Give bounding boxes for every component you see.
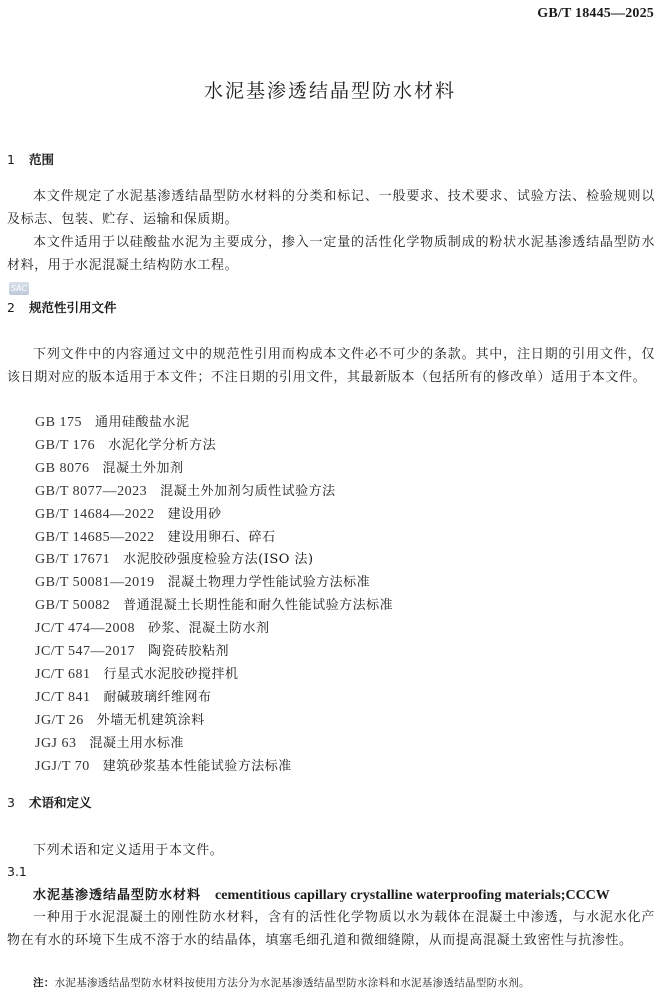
reference-title: 外墙无机建筑涂料 bbox=[97, 713, 205, 728]
section-3-heading: 3术语和定义 bbox=[7, 793, 92, 811]
reference-item: GB/T 50081—2019混凝土物理力学性能试验方法标准 bbox=[35, 572, 393, 595]
reference-title: 混凝土外加剂匀质性试验方法 bbox=[160, 484, 336, 499]
section-title: 范围 bbox=[29, 152, 54, 167]
reference-item: GB/T 176水泥化学分析方法 bbox=[35, 435, 393, 458]
section-number: 1 bbox=[7, 152, 29, 167]
term-chinese: 水泥基渗透结晶型防水材料 bbox=[33, 888, 201, 903]
reference-title: 耐碱玻璃纤维网布 bbox=[103, 690, 211, 705]
reference-item: JC/T 474—2008砂浆、混凝土防水剂 bbox=[35, 618, 393, 641]
reference-title: 砂浆、混凝土防水剂 bbox=[148, 621, 270, 636]
term-note: 注：水泥基渗透结晶型防水材料按使用方法分为水泥基渗透结晶型防水涂料和水泥基渗透结… bbox=[33, 975, 530, 990]
reference-code: GB 8076 bbox=[35, 461, 89, 476]
term-english: cementitious capillary crystalline water… bbox=[215, 888, 610, 903]
reference-item: GB/T 8077—2023混凝土外加剂匀质性试验方法 bbox=[35, 481, 393, 504]
standard-code: GB/T 18445—2025 bbox=[537, 6, 654, 22]
reference-code: JGJ/T 70 bbox=[35, 759, 90, 774]
reference-code: GB/T 14684—2022 bbox=[35, 507, 155, 522]
section-number: 2 bbox=[7, 300, 29, 315]
reference-title: 普通混凝土长期性能和耐久性能试验方法标准 bbox=[123, 598, 393, 613]
term-entry: 水泥基渗透结晶型防水材料cementitious capillary cryst… bbox=[33, 884, 610, 904]
reference-item: GB 175通用硅酸盐水泥 bbox=[35, 412, 393, 435]
normative-reference-list: GB 175通用硅酸盐水泥 GB/T 176水泥化学分析方法 GB 8076混凝… bbox=[35, 412, 393, 779]
reference-title: 水泥胶砂强度检验方法(ISO 法) bbox=[123, 552, 313, 567]
reference-code: GB/T 176 bbox=[35, 438, 95, 453]
reference-title: 混凝土外加剂 bbox=[102, 461, 183, 476]
note-label: 注： bbox=[33, 977, 55, 989]
reference-item: JC/T 547—2017陶瓷砖胶粘剂 bbox=[35, 641, 393, 664]
reference-code: GB/T 50082 bbox=[35, 598, 110, 613]
paragraph: 本文件规定了水泥基渗透结晶型防水材料的分类和标记、一般要求、技术要求、试验方法、… bbox=[7, 185, 655, 231]
reference-code: GB/T 8077—2023 bbox=[35, 484, 147, 499]
reference-item: JGJ/T 70建筑砂浆基本性能试验方法标准 bbox=[35, 756, 393, 779]
section-title: 规范性引用文件 bbox=[29, 300, 117, 315]
reference-code: JC/T 547—2017 bbox=[35, 644, 135, 659]
reference-item: GB/T 14685—2022建设用卵石、碎石 bbox=[35, 527, 393, 550]
reference-title: 通用硅酸盐水泥 bbox=[95, 415, 190, 430]
sac-watermark-logo: SAC bbox=[9, 282, 29, 295]
reference-title: 建筑砂浆基本性能试验方法标准 bbox=[103, 759, 292, 774]
reference-item: JC/T 681行星式水泥胶砂搅拌机 bbox=[35, 664, 393, 687]
reference-title: 行星式水泥胶砂搅拌机 bbox=[103, 667, 238, 682]
reference-item: JC/T 841耐碱玻璃纤维网布 bbox=[35, 687, 393, 710]
reference-code: JC/T 681 bbox=[35, 667, 90, 682]
term-number: 3.1 bbox=[7, 864, 27, 879]
reference-code: JGJ 63 bbox=[35, 736, 77, 751]
reference-title: 混凝土物理力学性能试验方法标准 bbox=[168, 575, 371, 590]
section-2-heading: 2规范性引用文件 bbox=[7, 298, 117, 316]
reference-item: JG/T 26外墙无机建筑涂料 bbox=[35, 710, 393, 733]
reference-code: GB 175 bbox=[35, 415, 82, 430]
reference-code: GB/T 14685—2022 bbox=[35, 530, 155, 545]
document-title: 水泥基渗透结晶型防水材料 bbox=[0, 76, 660, 103]
reference-item: GB/T 14684—2022建设用砂 bbox=[35, 504, 393, 527]
reference-code: JC/T 474—2008 bbox=[35, 621, 135, 636]
term-definition: 一种用于水泥混凝土的刚性防水材料，含有的活性化学物质以水为载体在混凝土中渗透，与… bbox=[7, 906, 655, 952]
reference-item: GB 8076混凝土外加剂 bbox=[35, 458, 393, 481]
reference-title: 水泥化学分析方法 bbox=[108, 438, 216, 453]
reference-item: GB/T 17671水泥胶砂强度检验方法(ISO 法) bbox=[35, 549, 393, 572]
reference-code: JC/T 841 bbox=[35, 690, 90, 705]
reference-title: 建设用卵石、碎石 bbox=[168, 530, 276, 545]
reference-title: 混凝土用水标准 bbox=[90, 736, 185, 751]
reference-title: 陶瓷砖胶粘剂 bbox=[148, 644, 229, 659]
section-title: 术语和定义 bbox=[29, 795, 92, 810]
note-text: 水泥基渗透结晶型防水材料按使用方法分为水泥基渗透结晶型防水涂料和水泥基渗透结晶型… bbox=[55, 977, 530, 989]
reference-code: JG/T 26 bbox=[35, 713, 84, 728]
reference-title: 建设用砂 bbox=[168, 507, 222, 522]
reference-item: GB/T 50082普通混凝土长期性能和耐久性能试验方法标准 bbox=[35, 595, 393, 618]
reference-item: JGJ 63混凝土用水标准 bbox=[35, 733, 393, 756]
section-1-heading: 1范围 bbox=[7, 150, 54, 168]
reference-code: GB/T 17671 bbox=[35, 552, 110, 567]
reference-code: GB/T 50081—2019 bbox=[35, 575, 155, 590]
section-number: 3 bbox=[7, 795, 29, 810]
paragraph: 下列术语和定义适用于本文件。 bbox=[7, 839, 655, 862]
paragraph: 本文件适用于以硅酸盐水泥为主要成分，掺入一定量的活性化学物质制成的粉状水泥基渗透… bbox=[7, 231, 655, 277]
paragraph: 下列文件中的内容通过文中的规范性引用而构成本文件必不可少的条款。其中，注日期的引… bbox=[7, 343, 655, 389]
